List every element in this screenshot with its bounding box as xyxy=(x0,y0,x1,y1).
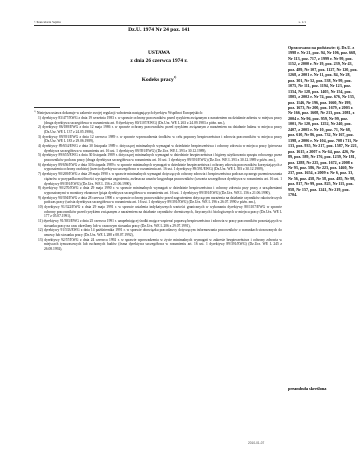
page-header: ©Kancelaria Sejmu s. 1/1 xyxy=(34,19,306,26)
page-number: s. 1/1 xyxy=(299,19,306,25)
list-item: 9) dyrektywy 90/394/EWG z dnia 28 czerwc… xyxy=(36,196,282,205)
list-item: 2) dyrektywy 86/188/EWG z dnia 12 maja 1… xyxy=(36,125,282,134)
list-item: 3) dyrektywy 89/391/EWG z dnia 12 czerwc… xyxy=(36,135,282,144)
footnote-ref[interactable]: 1) xyxy=(174,75,177,79)
act-title-text: Kodeks pracy xyxy=(142,77,174,83)
publisher-label: ©Kancelaria Sejmu xyxy=(34,19,61,25)
footnote-divider xyxy=(34,107,120,108)
directive-list: 1) dyrektywy 83/477/EWG z dnia 19 wrześn… xyxy=(34,116,282,252)
footer-date: 2010-01-07 xyxy=(248,441,264,445)
list-item: 10) dyrektywy 91/322/EWG z dnia 29 maja … xyxy=(36,205,282,219)
list-item: 11) dyrektywy 91/383/EWG z dnia 25 czerw… xyxy=(36,219,282,228)
act-type: USTAWA xyxy=(34,49,284,57)
side-note-basis: Opracowano na podstawie: tj. Dz.U. z 199… xyxy=(288,45,358,198)
list-item: 1) dyrektywy 83/477/EWG z dnia 19 wrześn… xyxy=(36,116,282,125)
footnotes: 1) Niniejsza ustawa dokonuje w zakresie … xyxy=(34,110,282,252)
list-item: 13) dyrektywy 92/57/EWG z dnia 24 czerwc… xyxy=(36,238,282,252)
list-item: 12) dyrektywy 91/533/EWG z dnia 14 paźdz… xyxy=(36,228,282,237)
list-item: 4) dyrektywy 89/654/EWG z dnia 30 listop… xyxy=(36,144,282,153)
journal-reference: Dz.U. 1974 Nr 24 poz. 141 xyxy=(34,27,284,33)
list-item: 7) dyrektywy 90/269/EWG z dnia 29 maja 1… xyxy=(36,172,282,186)
list-item: 8) dyrektywy 90/270/EWG z dnia 29 maja 1… xyxy=(36,186,282,195)
act-date: z dnia 26 czerwca 1974 r. xyxy=(34,57,284,65)
list-item: 5) dyrektywy 89/655/EWG z dnia 30 listop… xyxy=(36,153,282,162)
side-note-preamble: preambuła skreślona xyxy=(288,386,358,391)
footnote-mark: 1) xyxy=(34,110,36,113)
act-title: Kodeks pracy1) xyxy=(34,73,284,84)
list-item: 6) dyrektywy 89/656/EWG z dnia 30 listop… xyxy=(36,163,282,172)
title-block: USTAWA z dnia 26 czerwca 1974 r. Kodeks … xyxy=(34,49,284,84)
